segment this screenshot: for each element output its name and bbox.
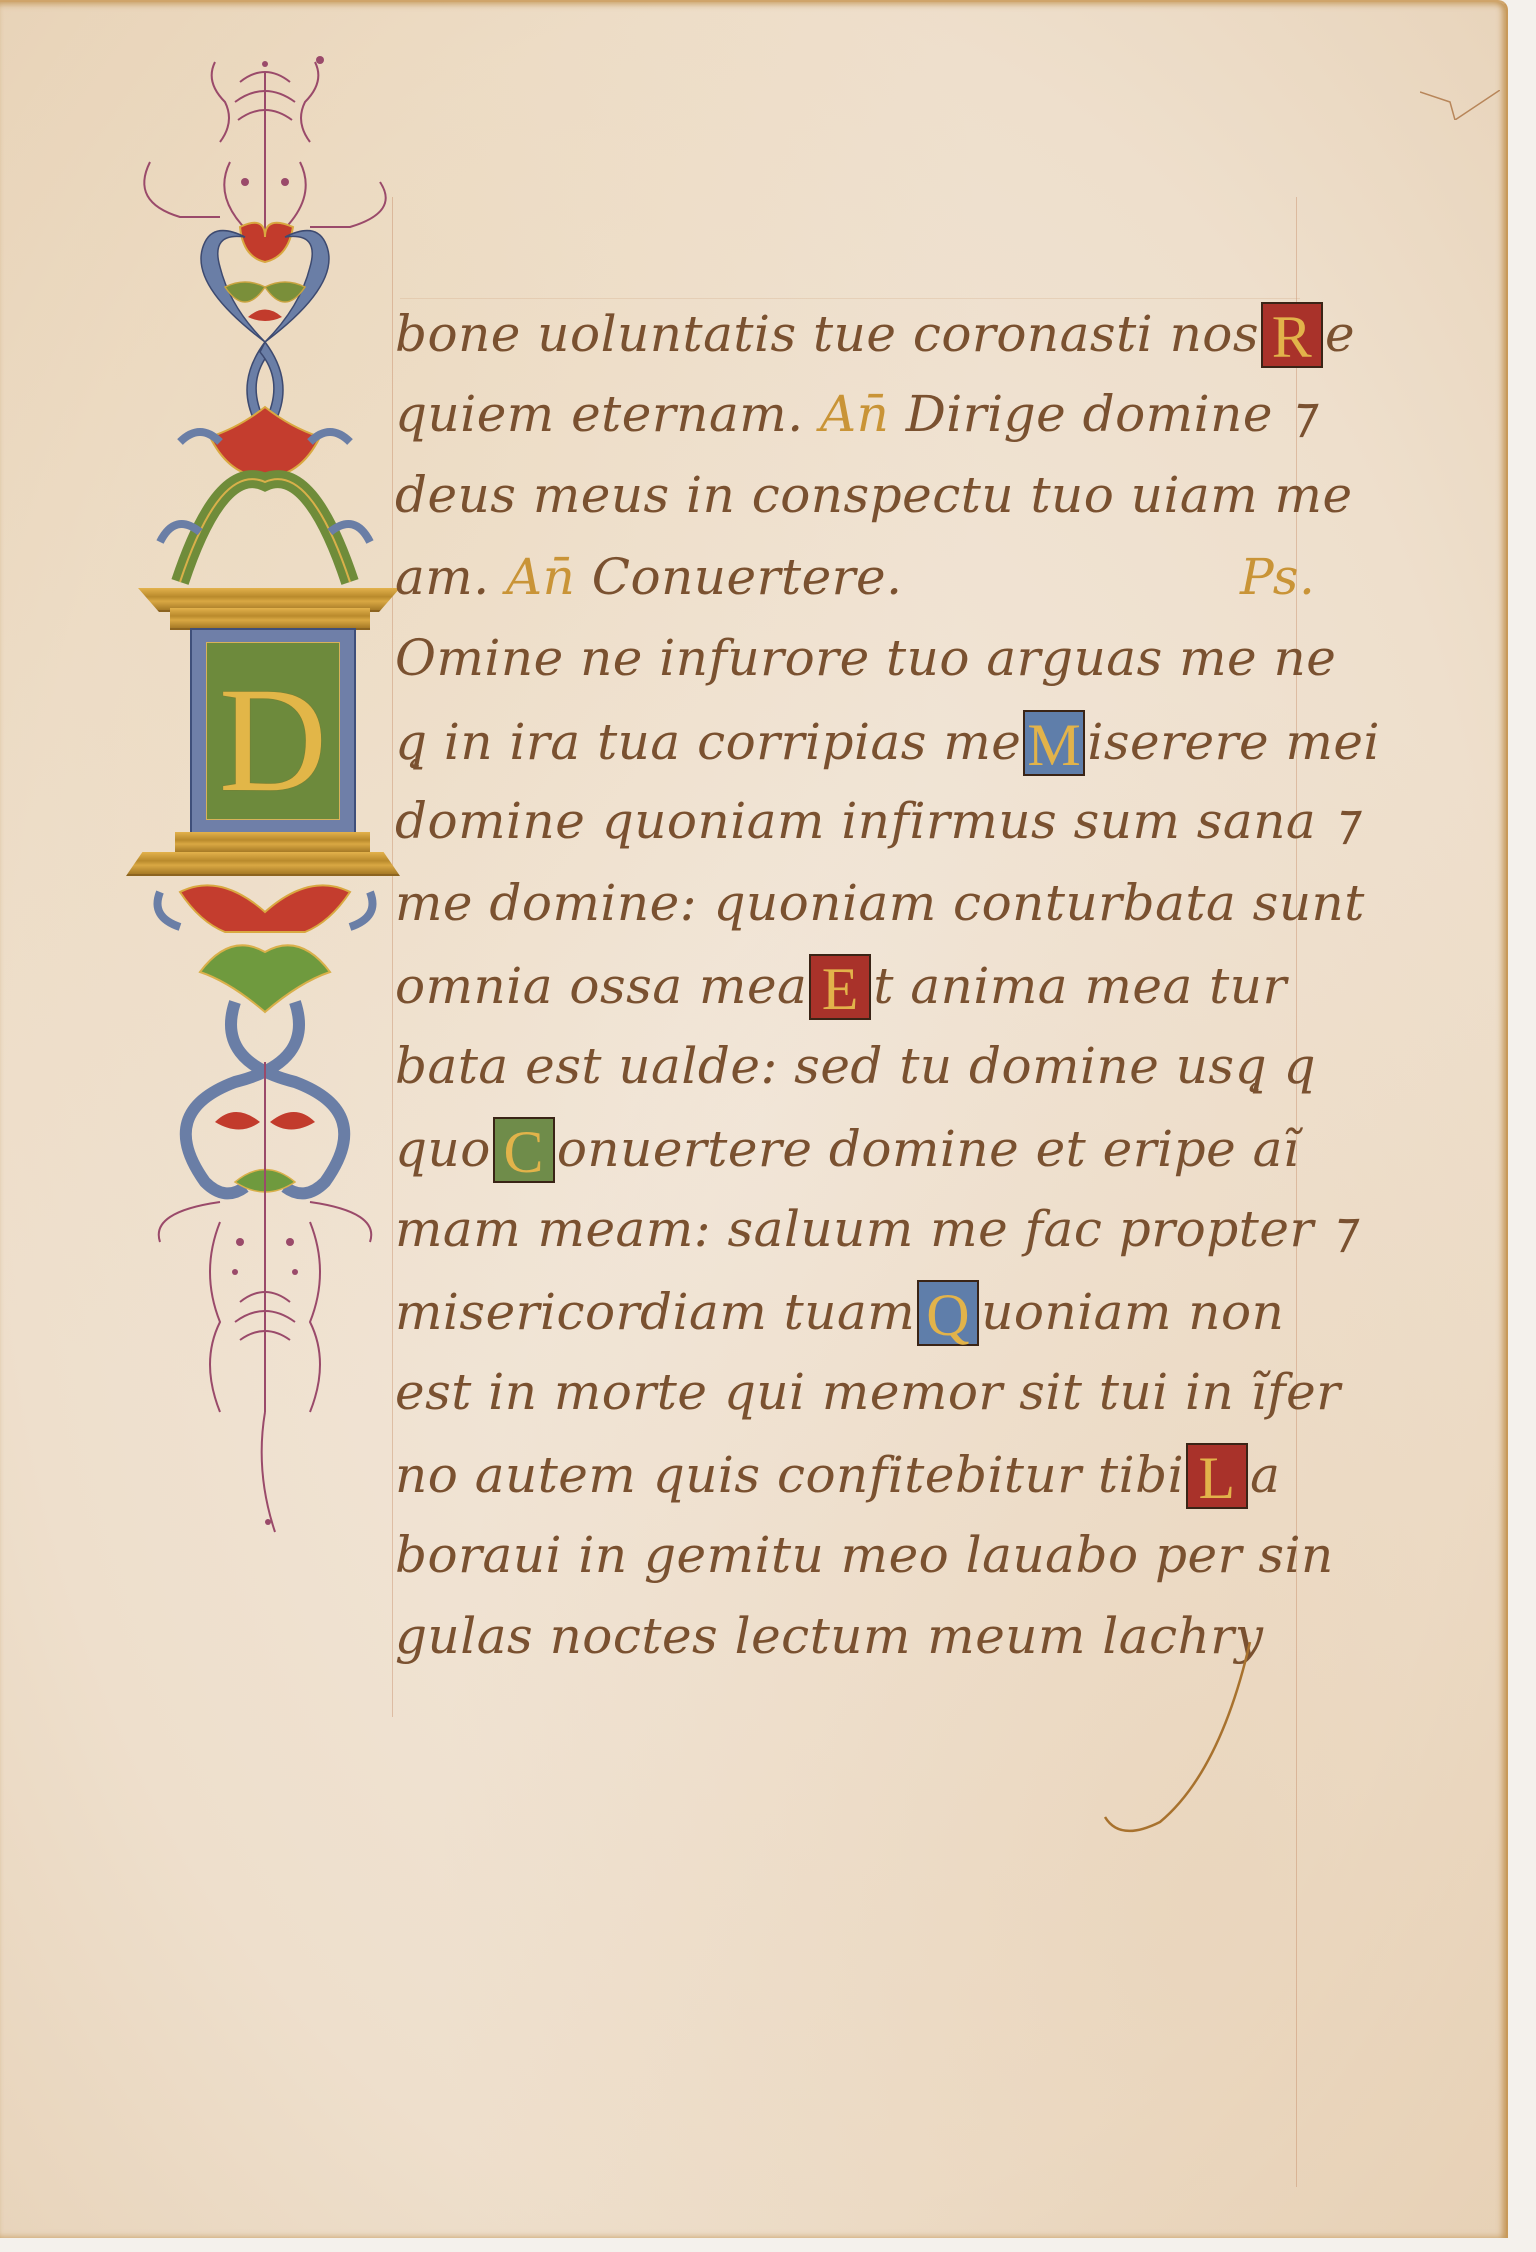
- lower-cornice-upper: [175, 832, 370, 854]
- text-line: bata est ualde: sed tu domine usq̨ q: [395, 1036, 1316, 1096]
- text-segment: t anima mea tur: [873, 957, 1287, 1015]
- rubric-antiphon: An̄: [820, 385, 889, 443]
- text-segment: omnia ossa mea: [395, 957, 807, 1015]
- text-line: omnia ossa meaEt anima mea tur: [395, 954, 1287, 1020]
- text-segment: boraui in gemitu meo lauabo per sin: [395, 1526, 1334, 1584]
- text-segment: me domine: quoniam conturbata sunt: [395, 874, 1365, 932]
- text-segment: uoniam non: [981, 1283, 1284, 1341]
- text-segment: domine quoniam infirmus sum sana ⁊: [395, 792, 1358, 850]
- text-segment: bone uoluntatis tue coronasti nos: [395, 305, 1259, 363]
- text-line: Omine ne infurore tuo arguas me ne: [395, 628, 1336, 688]
- initial-q: Q: [917, 1280, 979, 1346]
- rubric-psalm: Ps.: [1240, 547, 1315, 607]
- initial-letter: D: [207, 665, 339, 815]
- text-segment: Dirige domine ⁊: [889, 385, 1314, 443]
- text-segment: a: [1250, 1446, 1280, 1504]
- text-segment: quiem eternam.: [395, 385, 820, 443]
- text-segment: Conuertere.: [575, 548, 902, 606]
- text-segment: e: [1325, 305, 1355, 363]
- text-line: quoConuertere domine et eripe aĩ: [395, 1117, 1299, 1183]
- text-line: misericordiam tuamQuoniam non: [395, 1280, 1284, 1346]
- text-segment: est in morte qui memor sit tui in ĩfer: [395, 1363, 1341, 1421]
- text-segment: no autem quis confitebitur tibi: [395, 1446, 1184, 1504]
- text-segment: q̨ in ira tua corripias me: [395, 713, 1021, 771]
- upper-cornice-lower: [170, 608, 370, 630]
- initial-ground: D: [206, 642, 340, 820]
- text-segment: iserere mei: [1087, 713, 1380, 771]
- initial-l: L: [1186, 1443, 1248, 1509]
- text-line: q̨ in ira tua corripias meMiserere mei: [395, 710, 1380, 776]
- text-line: boraui in gemitu meo lauabo per sin: [395, 1525, 1334, 1585]
- text-line: me domine: quoniam conturbata sunt: [395, 873, 1365, 933]
- text-line: deus meus in conspectu tuo uiam me: [395, 465, 1353, 525]
- initial-c: C: [493, 1117, 555, 1183]
- text-segment: am.: [395, 548, 506, 606]
- text-segment: Omine ne infurore tuo arguas me ne: [395, 629, 1336, 687]
- text-line: no autem quis confitebitur tibiLa: [395, 1443, 1280, 1509]
- ruling-top: [400, 298, 1300, 299]
- text-line: quiem eternam. An̄ Dirige domine ⁊: [395, 384, 1315, 444]
- text-line: est in morte qui memor sit tui in ĩfer: [395, 1362, 1341, 1422]
- text-segment: bata est ualde: sed tu domine usq̨ q: [395, 1037, 1316, 1095]
- text-line: bone uoluntatis tue coronasti nosRe: [395, 302, 1355, 368]
- text-segment: misericordiam tuam: [395, 1283, 915, 1341]
- large-initial-d: D: [190, 628, 356, 834]
- text-segment: onuertere domine et eripe aĩ: [557, 1120, 1300, 1178]
- descender-flourish: [1100, 1642, 1260, 1842]
- manuscript-page: D bone uoluntatis tue coronasti nosRequi…: [0, 0, 1508, 2238]
- text-line: am. An̄ Conuertere.Ps.: [395, 547, 903, 607]
- lower-cornice: [126, 852, 400, 876]
- text-line: mam meam: saluum me fac propter ⁊: [395, 1199, 1356, 1259]
- initial-r: R: [1261, 302, 1323, 368]
- text-line: domine quoniam infirmus sum sana ⁊: [395, 791, 1358, 851]
- initial-m: M: [1023, 710, 1085, 776]
- pen-mark: [1420, 90, 1500, 120]
- rubric-antiphon: An̄: [506, 548, 575, 606]
- text-segment: mam meam: saluum me fac propter ⁊: [395, 1200, 1356, 1258]
- text-segment: deus meus in conspectu tuo uiam me: [395, 466, 1353, 524]
- initial-e: E: [809, 954, 871, 1020]
- text-segment: quo: [395, 1120, 491, 1178]
